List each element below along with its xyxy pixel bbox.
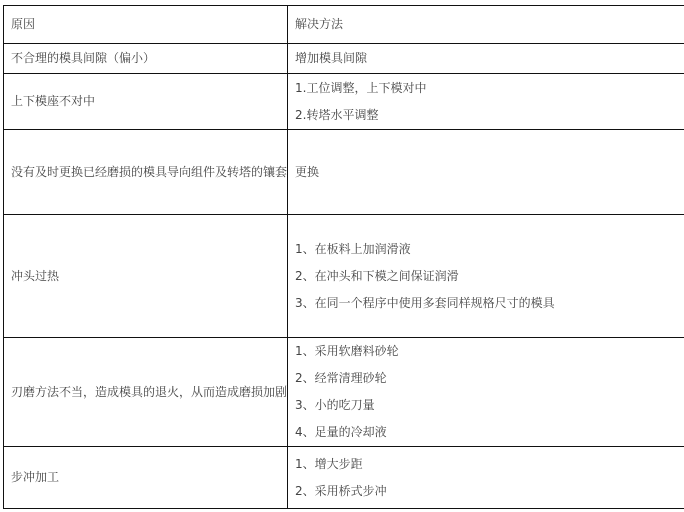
solution-item: 2、在冲头和下模之间保证润滑 — [295, 263, 684, 290]
solution-item: 3、在同一个程序中使用多套同样规格尺寸的模具 — [295, 290, 684, 317]
cause-text: 上下模座不对中 — [11, 94, 95, 108]
solution-cell: 1.工位调整，上下模对中 2.转塔水平调整 — [288, 74, 684, 130]
cause-cell: 步冲加工 — [4, 447, 288, 509]
table-header-row: 原因 解决方法 — [4, 6, 684, 44]
solution-cell: 增加模具间隙 — [288, 44, 684, 74]
solution-item: 4、足量的冷却液 — [295, 419, 684, 446]
solution-item: 3、小的吃刀量 — [295, 392, 684, 419]
cause-text: 步冲加工 — [11, 470, 59, 484]
table-row: 上下模座不对中 1.工位调整，上下模对中 2.转塔水平调整 — [4, 74, 684, 130]
solution-item: 2.转塔水平调整 — [295, 102, 684, 129]
document-body: 原因 解决方法 不合理的模具间隙（偏小） 增加模具间隙 上下模座不对中 1.工位… — [3, 5, 684, 509]
solution-item: 2、经常清理砂轮 — [295, 365, 684, 392]
cause-cell: 刃磨方法不当，造成模具的退火，从而造成磨损加剧 — [4, 338, 288, 447]
header-cause-cell: 原因 — [4, 6, 288, 44]
solution-cell: 1、在板料上加润滑液 2、在冲头和下模之间保证润滑 3、在同一个程序中使用多套同… — [288, 215, 684, 338]
cause-text: 冲头过热 — [11, 269, 59, 283]
table-row: 步冲加工 1、增大步距 2、采用桥式步冲 — [4, 447, 684, 509]
cause-cell: 不合理的模具间隙（偏小） — [4, 44, 288, 74]
solution-item: 增加模具间隙 — [295, 45, 684, 72]
cause-cell: 没有及时更换已经磨损的模具导向组件及转塔的镶套 — [4, 130, 288, 215]
header-solution-label: 解决方法 — [295, 17, 343, 31]
solution-cell: 更换 — [288, 130, 684, 215]
solution-item: 2、采用桥式步冲 — [295, 478, 684, 505]
cause-text: 不合理的模具间隙（偏小） — [11, 51, 155, 65]
cause-cell: 上下模座不对中 — [4, 74, 288, 130]
solution-item: 1.工位调整，上下模对中 — [295, 75, 684, 102]
solution-item: 更换 — [295, 159, 684, 186]
solution-item: 1、采用软磨料砂轮 — [295, 338, 684, 365]
solution-item: 1、增大步距 — [295, 451, 684, 478]
table-row: 没有及时更换已经磨损的模具导向组件及转塔的镶套 更换 — [4, 130, 684, 215]
solution-item: 1、在板料上加润滑液 — [295, 236, 684, 263]
solution-cell: 1、增大步距 2、采用桥式步冲 — [288, 447, 684, 509]
mold-wear-causes-table: 原因 解决方法 不合理的模具间隙（偏小） 增加模具间隙 上下模座不对中 1.工位… — [3, 5, 684, 509]
header-solution-cell: 解决方法 — [288, 6, 684, 44]
cause-text: 没有及时更换已经磨损的模具导向组件及转塔的镶套 — [11, 165, 287, 179]
solution-cell: 1、采用软磨料砂轮 2、经常清理砂轮 3、小的吃刀量 4、足量的冷却液 — [288, 338, 684, 447]
table-row: 不合理的模具间隙（偏小） 增加模具间隙 — [4, 44, 684, 74]
cause-cell: 冲头过热 — [4, 215, 288, 338]
table-row: 冲头过热 1、在板料上加润滑液 2、在冲头和下模之间保证润滑 3、在同一个程序中… — [4, 215, 684, 338]
cause-text: 刃磨方法不当，造成模具的退火，从而造成磨损加剧 — [11, 385, 287, 399]
table-row: 刃磨方法不当，造成模具的退火，从而造成磨损加剧 1、采用软磨料砂轮 2、经常清理… — [4, 338, 684, 447]
header-cause-label: 原因 — [11, 17, 35, 31]
